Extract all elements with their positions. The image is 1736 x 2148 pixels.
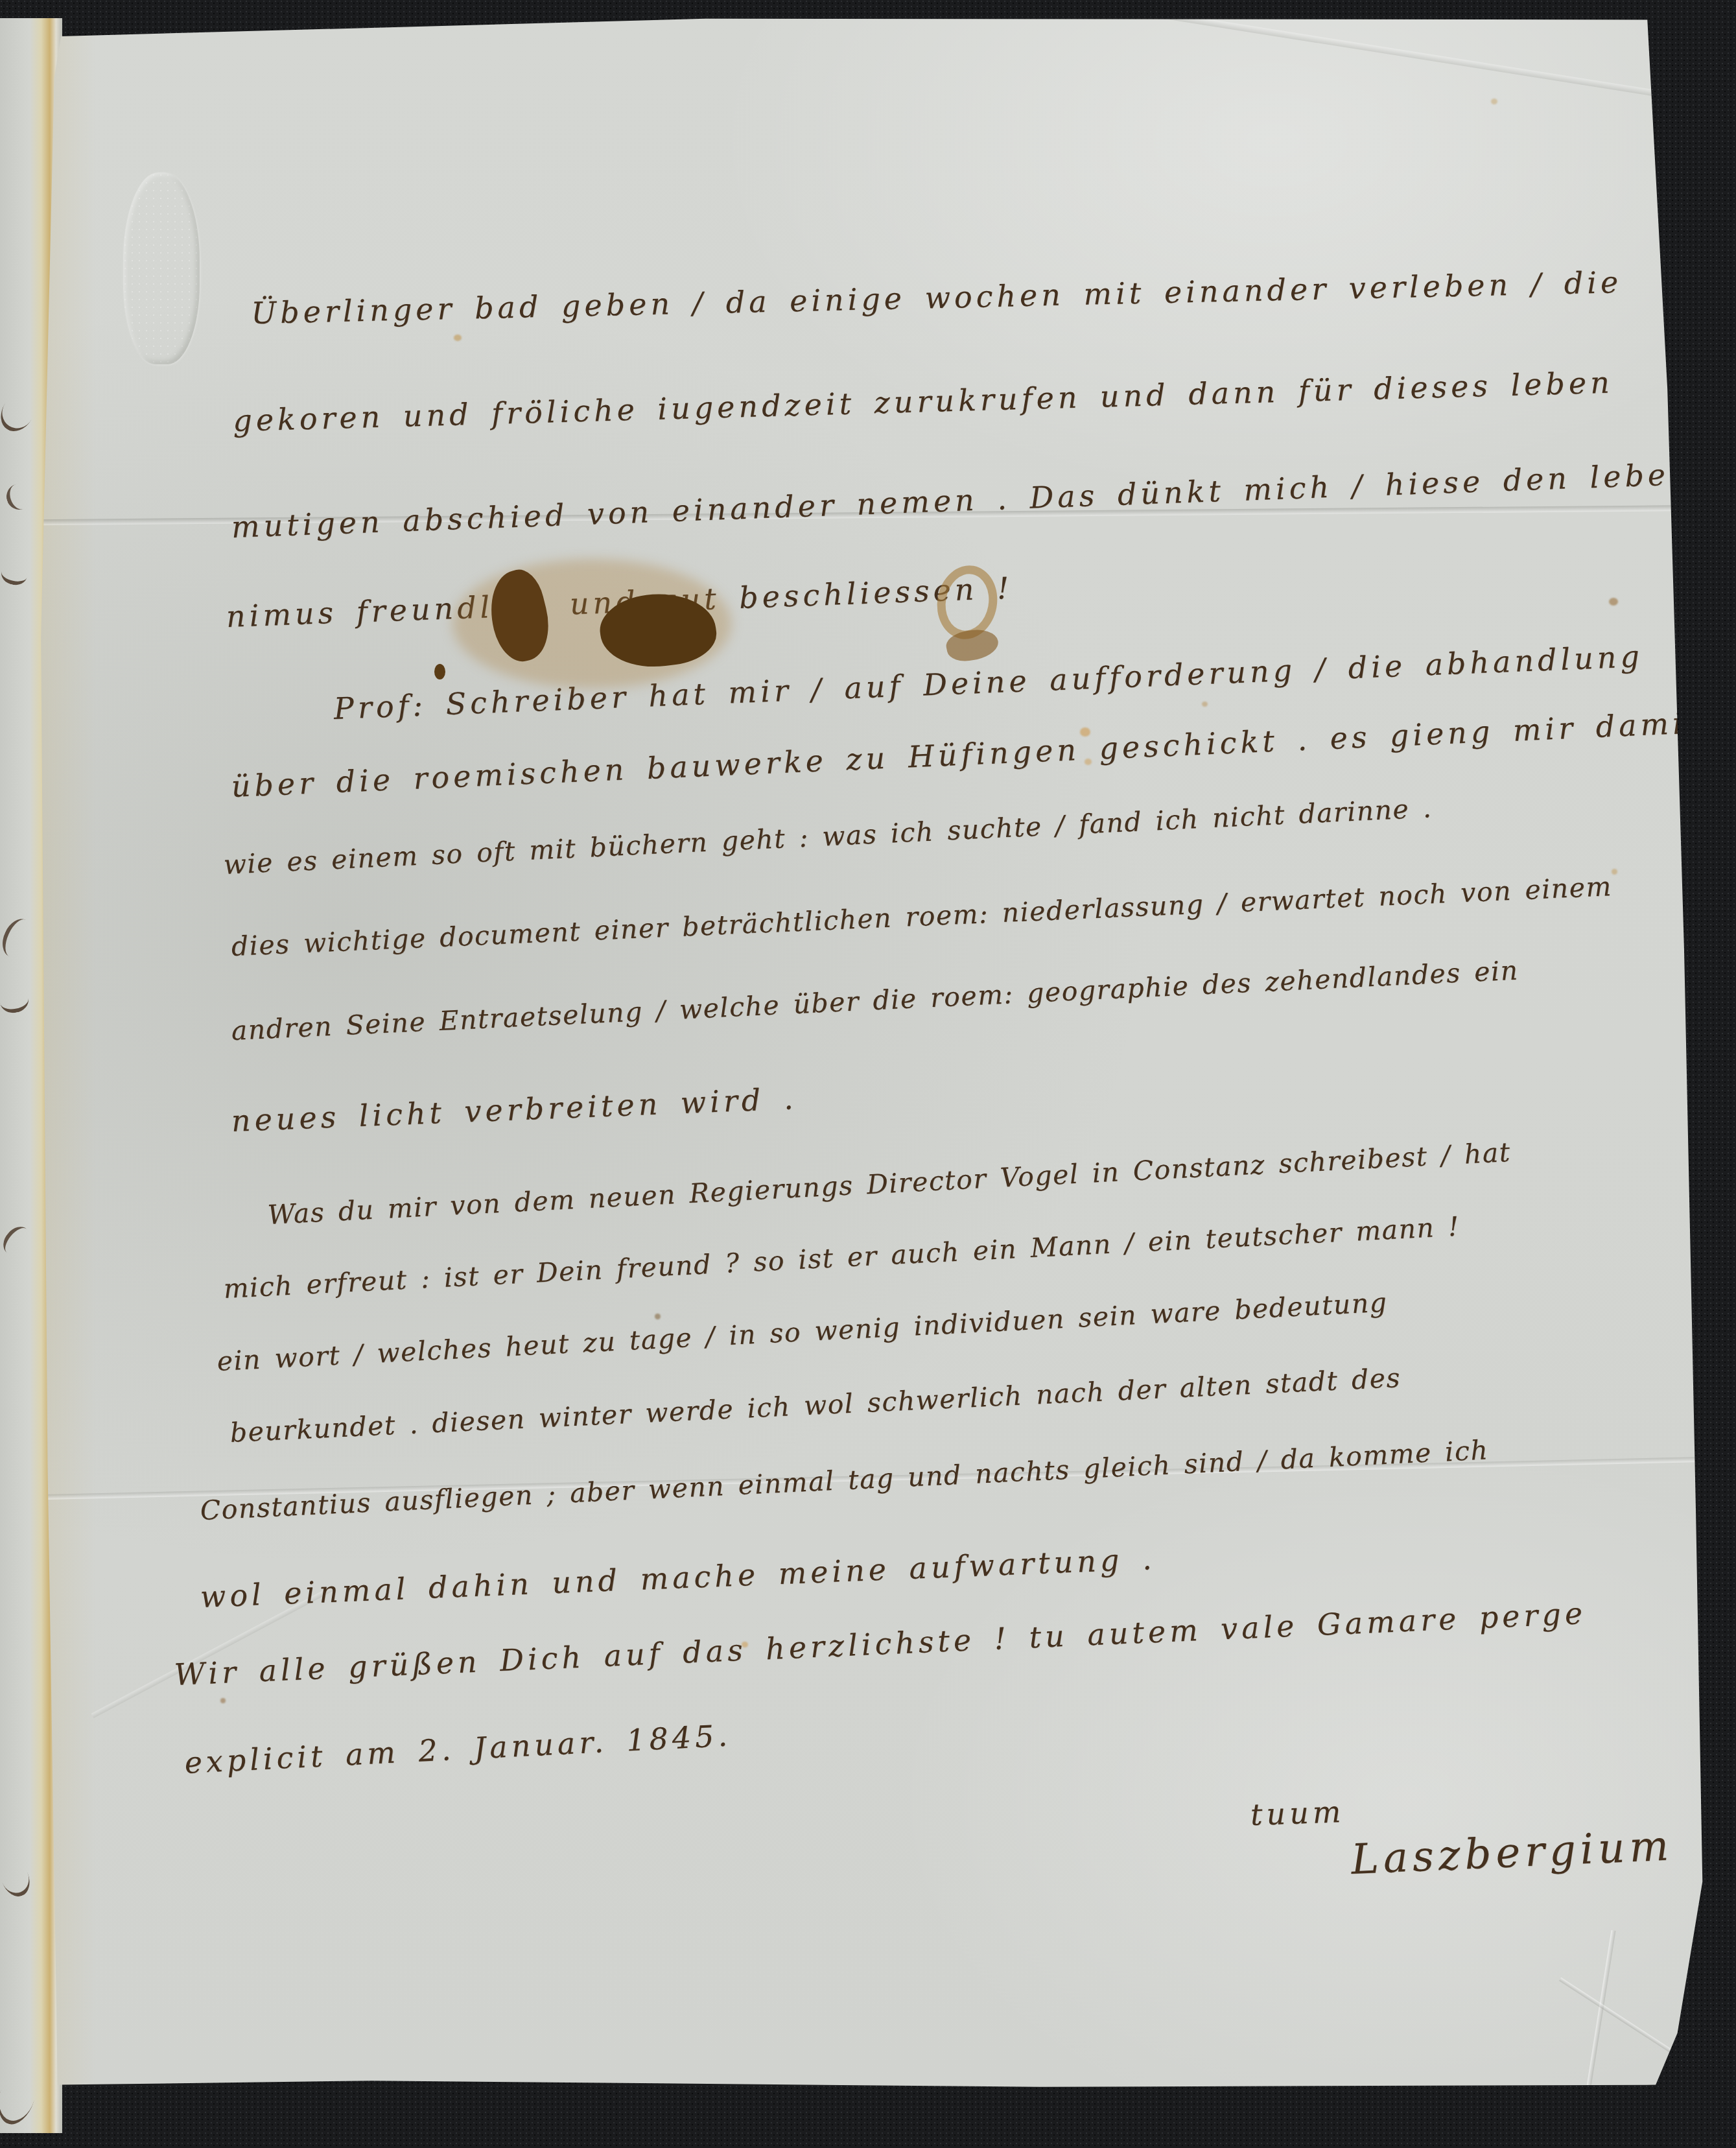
- facing-page-ink-fragment: [0, 1854, 35, 1900]
- handwriting-line: nimus freundlich und gut beschliessen !: [226, 571, 1013, 634]
- handwriting-line: beurkundet . diesen winter werde ich wol…: [229, 1362, 1402, 1448]
- handwriting-line: dies wichtige document einer beträchtlic…: [231, 871, 1613, 962]
- handwriting-line: Wir alle grüßen Dich auf das herzlichste…: [174, 1596, 1587, 1692]
- facing-page-ink-fragment: [0, 561, 29, 587]
- handwriting-line: Constantius ausfliegen ; aber wenn einma…: [200, 1434, 1489, 1526]
- handwriting-line: ein wort / welches heut zu tage / in so …: [217, 1287, 1389, 1377]
- foxing-spot: [454, 335, 462, 341]
- foxing-spot: [1491, 99, 1497, 104]
- signature: Laszbergium: [1350, 1822, 1674, 1884]
- diagonal-crease: [1156, 11, 1707, 104]
- embossed-stamp: [123, 172, 200, 364]
- corner-crease: [1586, 1930, 1615, 2091]
- facing-page-ink-fragment: [0, 386, 42, 438]
- handwriting-line: wie es einem so oft mit büchern geht : w…: [223, 792, 1433, 880]
- scan-backdrop: Überlinger bad geben / da einige wochen …: [0, 0, 1736, 2148]
- foxing-spot: [655, 1314, 661, 1319]
- ink-blot: [944, 625, 1001, 665]
- handwriting-line: andren Seine Entraetselung / welche über…: [231, 954, 1519, 1046]
- valediction: tuum: [1250, 1794, 1345, 1832]
- facing-page-ink-fragment: [0, 2062, 43, 2129]
- facing-page-ink-fragment: [3, 480, 36, 513]
- handwriting-line: wol einmal dahin und mache meine aufwart…: [200, 1541, 1156, 1614]
- foxing-spot: [1202, 702, 1208, 707]
- handwriting-line: mich erfreut : ist er Dein freund ? so i…: [223, 1210, 1460, 1304]
- handwriting-line: Was du mir von dem neuen Regierungs Dire…: [267, 1137, 1512, 1231]
- facing-page-ink-fragment: [0, 1222, 36, 1260]
- facing-page-ink-fragment: [0, 914, 38, 962]
- handwriting-line: gekoren und fröliche iugendzeit zurukruf…: [232, 365, 1613, 438]
- foxing-spot: [1612, 869, 1617, 875]
- foxing-spot: [220, 1698, 226, 1703]
- handwriting-line: mutigen abschied von einander nemen . Da…: [231, 454, 1736, 545]
- handwriting-line: Überlinger bad geben / da einige wochen …: [251, 265, 1623, 331]
- handwriting-line: Prof: Schreiber hat mir / auf Deine auff…: [333, 639, 1644, 726]
- handwriting-line: neues licht verbreiten wird .: [231, 1081, 798, 1139]
- facing-page-ink-fragment: [0, 987, 30, 1015]
- foxing-spot: [1609, 598, 1618, 606]
- handwriting-dateline: explicit am 2. Januar. 1845.: [183, 1717, 732, 1780]
- letter-page: Überlinger bad geben / da einige wochen …: [38, 16, 1707, 2089]
- corner-crease: [1559, 1977, 1686, 2062]
- ink-blot-drip: [434, 664, 445, 679]
